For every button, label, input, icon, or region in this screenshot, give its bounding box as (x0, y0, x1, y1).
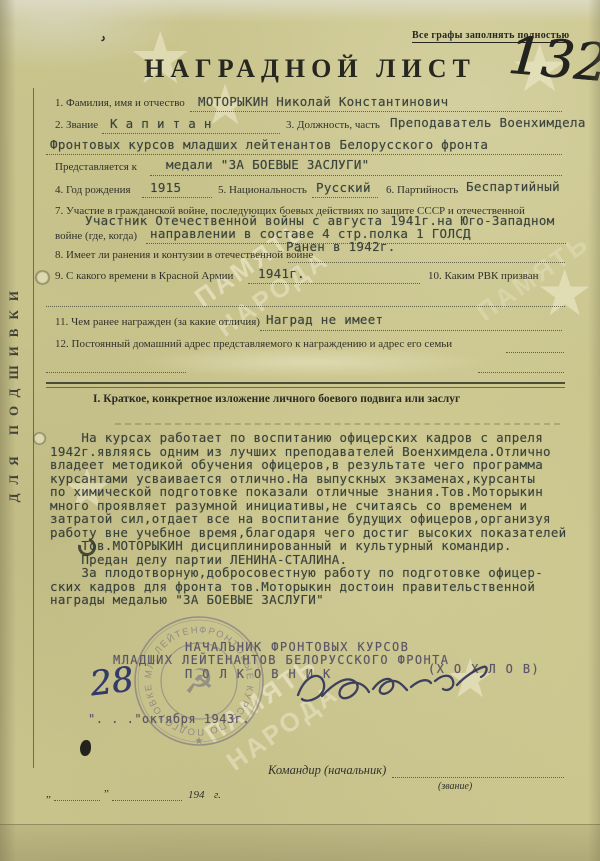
dotted-line (54, 800, 100, 801)
year-prefix: 194 (188, 789, 205, 801)
field-birthyear-label: 4. Год рождения (55, 184, 131, 196)
dotted-line (392, 777, 564, 778)
day-quote-open: „ (46, 788, 51, 800)
paper-edge (0, 0, 600, 22)
dotted-line (312, 197, 378, 198)
punch-hole (34, 270, 51, 285)
faded-dashes (115, 423, 560, 425)
citation-body-text: На курсах работает по воспитанию офицерс… (50, 431, 590, 607)
commander-label: Командир (начальник) (268, 763, 386, 778)
field-party-value: Беспартийный (466, 179, 560, 194)
field-rank-value: К а п и т а н (110, 116, 212, 131)
dotted-line (288, 262, 565, 263)
dotted-line (102, 133, 280, 134)
erased-address-area (140, 346, 485, 378)
dotted-line (112, 800, 182, 801)
presented-to-label: Представляется к (55, 161, 137, 173)
field-nationality-value: Русский (316, 180, 371, 195)
award-sheet-document: ★ ★ ★ ★ ★ ★ ПАМЯТЬ НАРОДА ПАМЯТЬ НАРОДА … (0, 0, 600, 861)
field-party-label: 6. Партийность (386, 184, 458, 196)
field-army-since-label: 9. С какого времени в Красной Армии (55, 270, 233, 282)
field-position-label: 3. Должность, часть (286, 119, 380, 131)
field-army-since-value: 1941г. (258, 266, 305, 281)
unit-round-stamp: ФРОНТОВЫЕ КУРСЫ ПО ПОДГОТОВКЕ МЛ. ЛЕЙТЕН… (126, 608, 272, 754)
stamp-star-icon: ★ (195, 736, 204, 747)
dotted-line (46, 306, 565, 307)
field-nationality-label: 5. Национальность (218, 184, 307, 196)
field-prior-awards-label: 11. Чем ранее награжден (за какие отличи… (55, 316, 260, 328)
dotted-line (46, 154, 562, 155)
field-position-value-line2: Фронтовых курсов младших лейтенантов Бел… (50, 137, 488, 152)
field-position-value-line1: Преподаватель Военхимдела (390, 115, 586, 130)
pen-mark: ʾ (94, 31, 108, 56)
section1-heading: I. Краткое, конкретное изложение личного… (93, 393, 460, 405)
page-title: НАГРАДНОЙ ЛИСТ (45, 54, 575, 84)
margin-rule (33, 88, 34, 768)
hammer-sickle-icon: ☭ (184, 662, 214, 702)
handwritten-sheet-number: 132 (506, 26, 600, 94)
field-name-label: 1. Фамилия, имя и отчество (55, 97, 185, 109)
dotted-line (478, 372, 564, 373)
margin-filing-note: ДЛЯ ПОДШИВКИ (6, 282, 22, 502)
watermark-star-icon: ★ (536, 262, 593, 326)
presented-to-value: медали "ЗА БОЕВЫЕ ЗАСЛУГИ" (166, 157, 369, 172)
ink-blot (80, 740, 91, 756)
dotted-line (506, 352, 564, 353)
section-divider-rule (46, 382, 565, 388)
dotted-line (260, 330, 562, 331)
rank-hint-label: (звание) (438, 781, 472, 792)
paper-edge (0, 824, 600, 861)
dotted-line (248, 283, 420, 284)
field-war-where-label: войне (где, когда) (55, 230, 137, 242)
field-name-value: МОТОРЫКИН Николай Константинович (198, 94, 448, 109)
commander-signature (292, 655, 492, 710)
field-rank-label: 2. Звание (55, 119, 98, 131)
dotted-line (46, 372, 186, 373)
dotted-line (190, 111, 562, 112)
dotted-line (150, 175, 562, 176)
field-prior-awards-value: Наград не имеет (266, 312, 383, 327)
field-wounds-label: 8. Имеет ли ранения и контузии в отечест… (55, 249, 313, 261)
field-birthyear-value: 1915 (150, 180, 181, 195)
punch-hole (32, 432, 47, 445)
day-quote-close: ” (104, 788, 109, 800)
field-rvk-label: 10. Каким РВК призван (428, 270, 539, 282)
dotted-line (142, 197, 212, 198)
year-suffix: г. (214, 789, 221, 801)
